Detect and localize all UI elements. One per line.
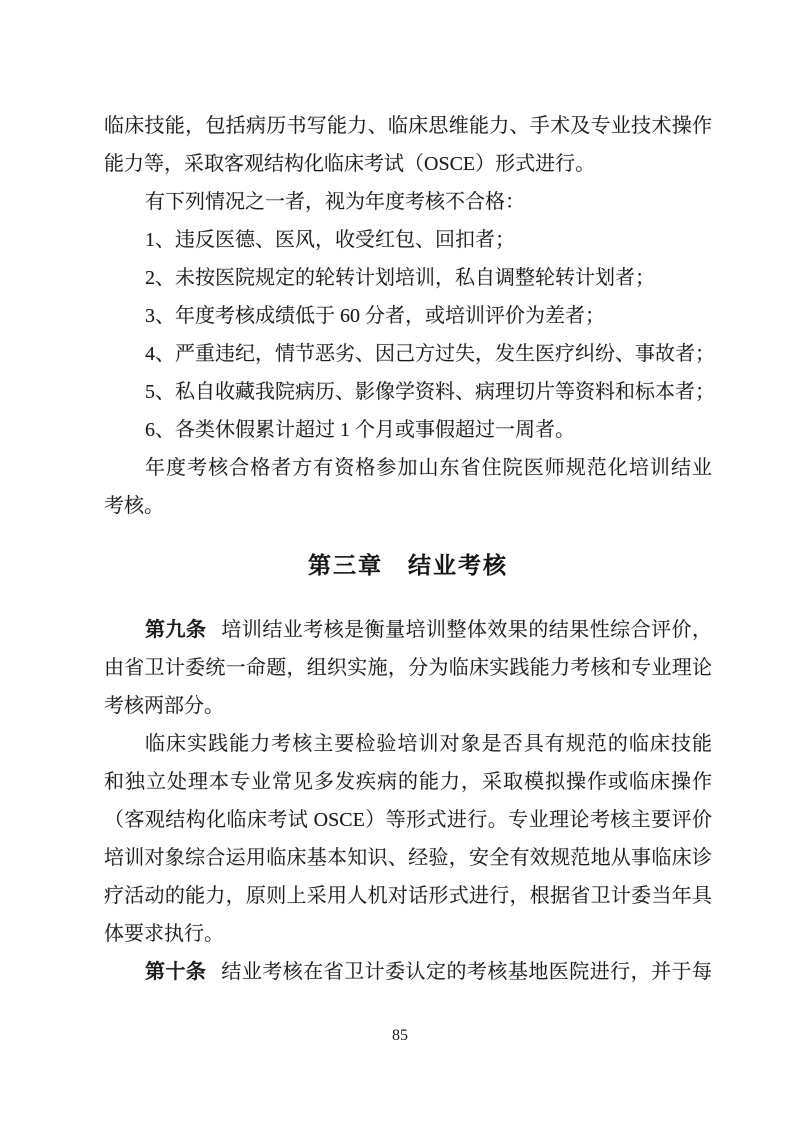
text-line: 和独立处理本专业常见多发疾病的能力，采取模拟操作或临床操作 bbox=[104, 763, 712, 801]
list-item: 1、违反医德、医风，收受红包、回扣者； bbox=[104, 221, 712, 259]
article-text: 结业考核在省卫计委认定的考核基地医院进行，并于每 bbox=[221, 961, 712, 983]
text-line: 有下列情况之一者，视为年度考核不合格： bbox=[104, 183, 712, 221]
list-item: 2、未按医院规定的轮转计划培训，私自调整轮转计划者； bbox=[104, 259, 712, 297]
text-line: （客观结构化临床考试 OSCE）等形式进行。专业理论考核主要评价 bbox=[104, 801, 712, 839]
text-line: 疗活动的能力，原则上采用人机对话形式进行，根据省卫计委当年具 bbox=[104, 877, 712, 915]
text-line: 考核两部分。 bbox=[104, 687, 712, 725]
list-item: 6、各类休假累计超过 1 个月或事假超过一周者。 bbox=[104, 411, 712, 449]
text-line: 年度考核合格者方有资格参加山东省住院医师规范化培训结业 bbox=[104, 449, 712, 487]
text-line: 考核。 bbox=[104, 487, 712, 525]
page-body-text: 临床技能，包括病历书写能力、临床思维能力、手术及专业技术操作 能力等，采取客观结… bbox=[104, 107, 712, 991]
list-item: 4、严重违纪，情节恶劣、因己方过失，发生医疗纠纷、事故者； bbox=[104, 335, 712, 373]
text-line: 能力等，采取客观结构化临床考试（OSCE）形式进行。 bbox=[104, 145, 712, 183]
document-page: 临床技能，包括病历书写能力、临床思维能力、手术及专业技术操作 能力等，采取客观结… bbox=[0, 0, 800, 1129]
text-line: 临床技能，包括病历书写能力、临床思维能力、手术及专业技术操作 bbox=[104, 107, 712, 145]
text-line: 由省卫计委统一命题，组织实施，分为临床实践能力考核和专业理论 bbox=[104, 649, 712, 687]
text-line: 体要求执行。 bbox=[104, 915, 712, 953]
text-line: 第十条结业考核在省卫计委认定的考核基地医院进行，并于每 bbox=[104, 953, 712, 991]
text-line: 培训对象综合运用临床基本知识、经验，安全有效规范地从事临床诊 bbox=[104, 839, 712, 877]
list-item: 5、私自收藏我院病历、影像学资料、病理切片等资料和标本者； bbox=[104, 373, 712, 411]
list-item: 3、年度考核成绩低于 60 分者，或培训评价为差者； bbox=[104, 297, 712, 335]
page-number: 85 bbox=[0, 1022, 800, 1050]
article-number: 第十条 bbox=[145, 961, 206, 983]
article-number: 第九条 bbox=[145, 619, 206, 641]
text-line: 临床实践能力考核主要检验培训对象是否具有规范的临床技能 bbox=[104, 725, 712, 763]
article-text: 培训结业考核是衡量培训整体效果的结果性综合评价， bbox=[221, 619, 712, 641]
text-line: 第九条培训结业考核是衡量培训整体效果的结果性综合评价， bbox=[104, 611, 712, 649]
chapter-heading: 第三章 结业考核 bbox=[104, 543, 712, 587]
